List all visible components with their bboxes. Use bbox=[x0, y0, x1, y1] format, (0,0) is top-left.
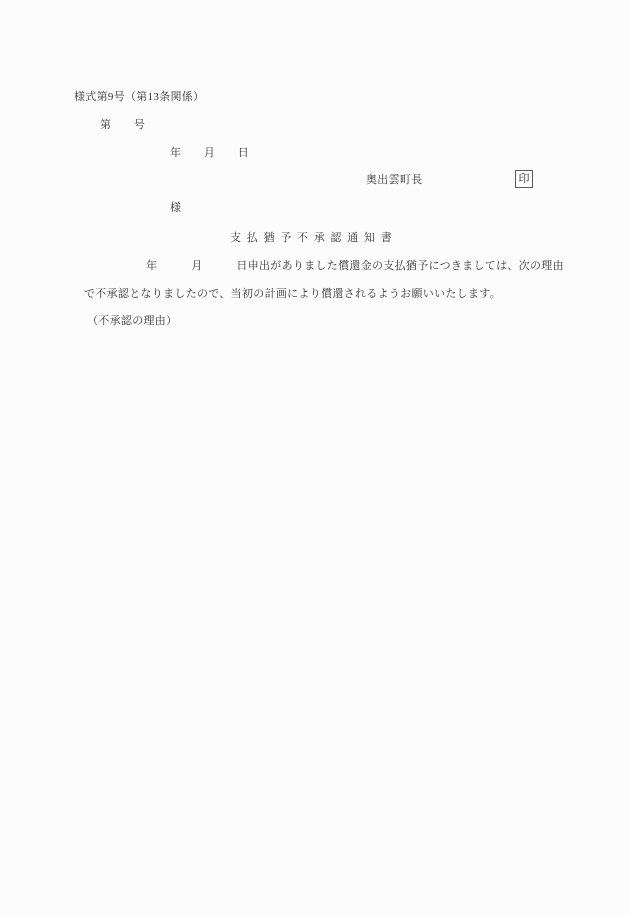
body-line-2: で不承認となりましたので、当初の計画により償還されるようお願いいたします。 bbox=[84, 287, 501, 302]
reason-heading: （不承認の理由） bbox=[87, 314, 177, 329]
body-line-1: 年 月 日申出がありました償還金の支払猶予につきましては、次の理由 bbox=[146, 259, 564, 274]
document-title: 支 払 猶 予 不 承 認 通 知 書 bbox=[230, 231, 393, 246]
document-page: 様式第9号（第13条関係） 第 号 年 月 日 奥出雲町長 印 様 支 払 猶 … bbox=[0, 0, 630, 915]
form-number: 様式第9号（第13条関係） bbox=[74, 90, 204, 105]
seal-box: 印 bbox=[515, 170, 533, 188]
addressee-name: 奥出雲町長 bbox=[366, 173, 423, 188]
seal-label: 印 bbox=[519, 174, 530, 185]
recipient-honorific: 様 bbox=[170, 201, 181, 216]
issue-date-line: 年 月 日 bbox=[170, 146, 249, 161]
document-number-line: 第 号 bbox=[100, 118, 145, 133]
